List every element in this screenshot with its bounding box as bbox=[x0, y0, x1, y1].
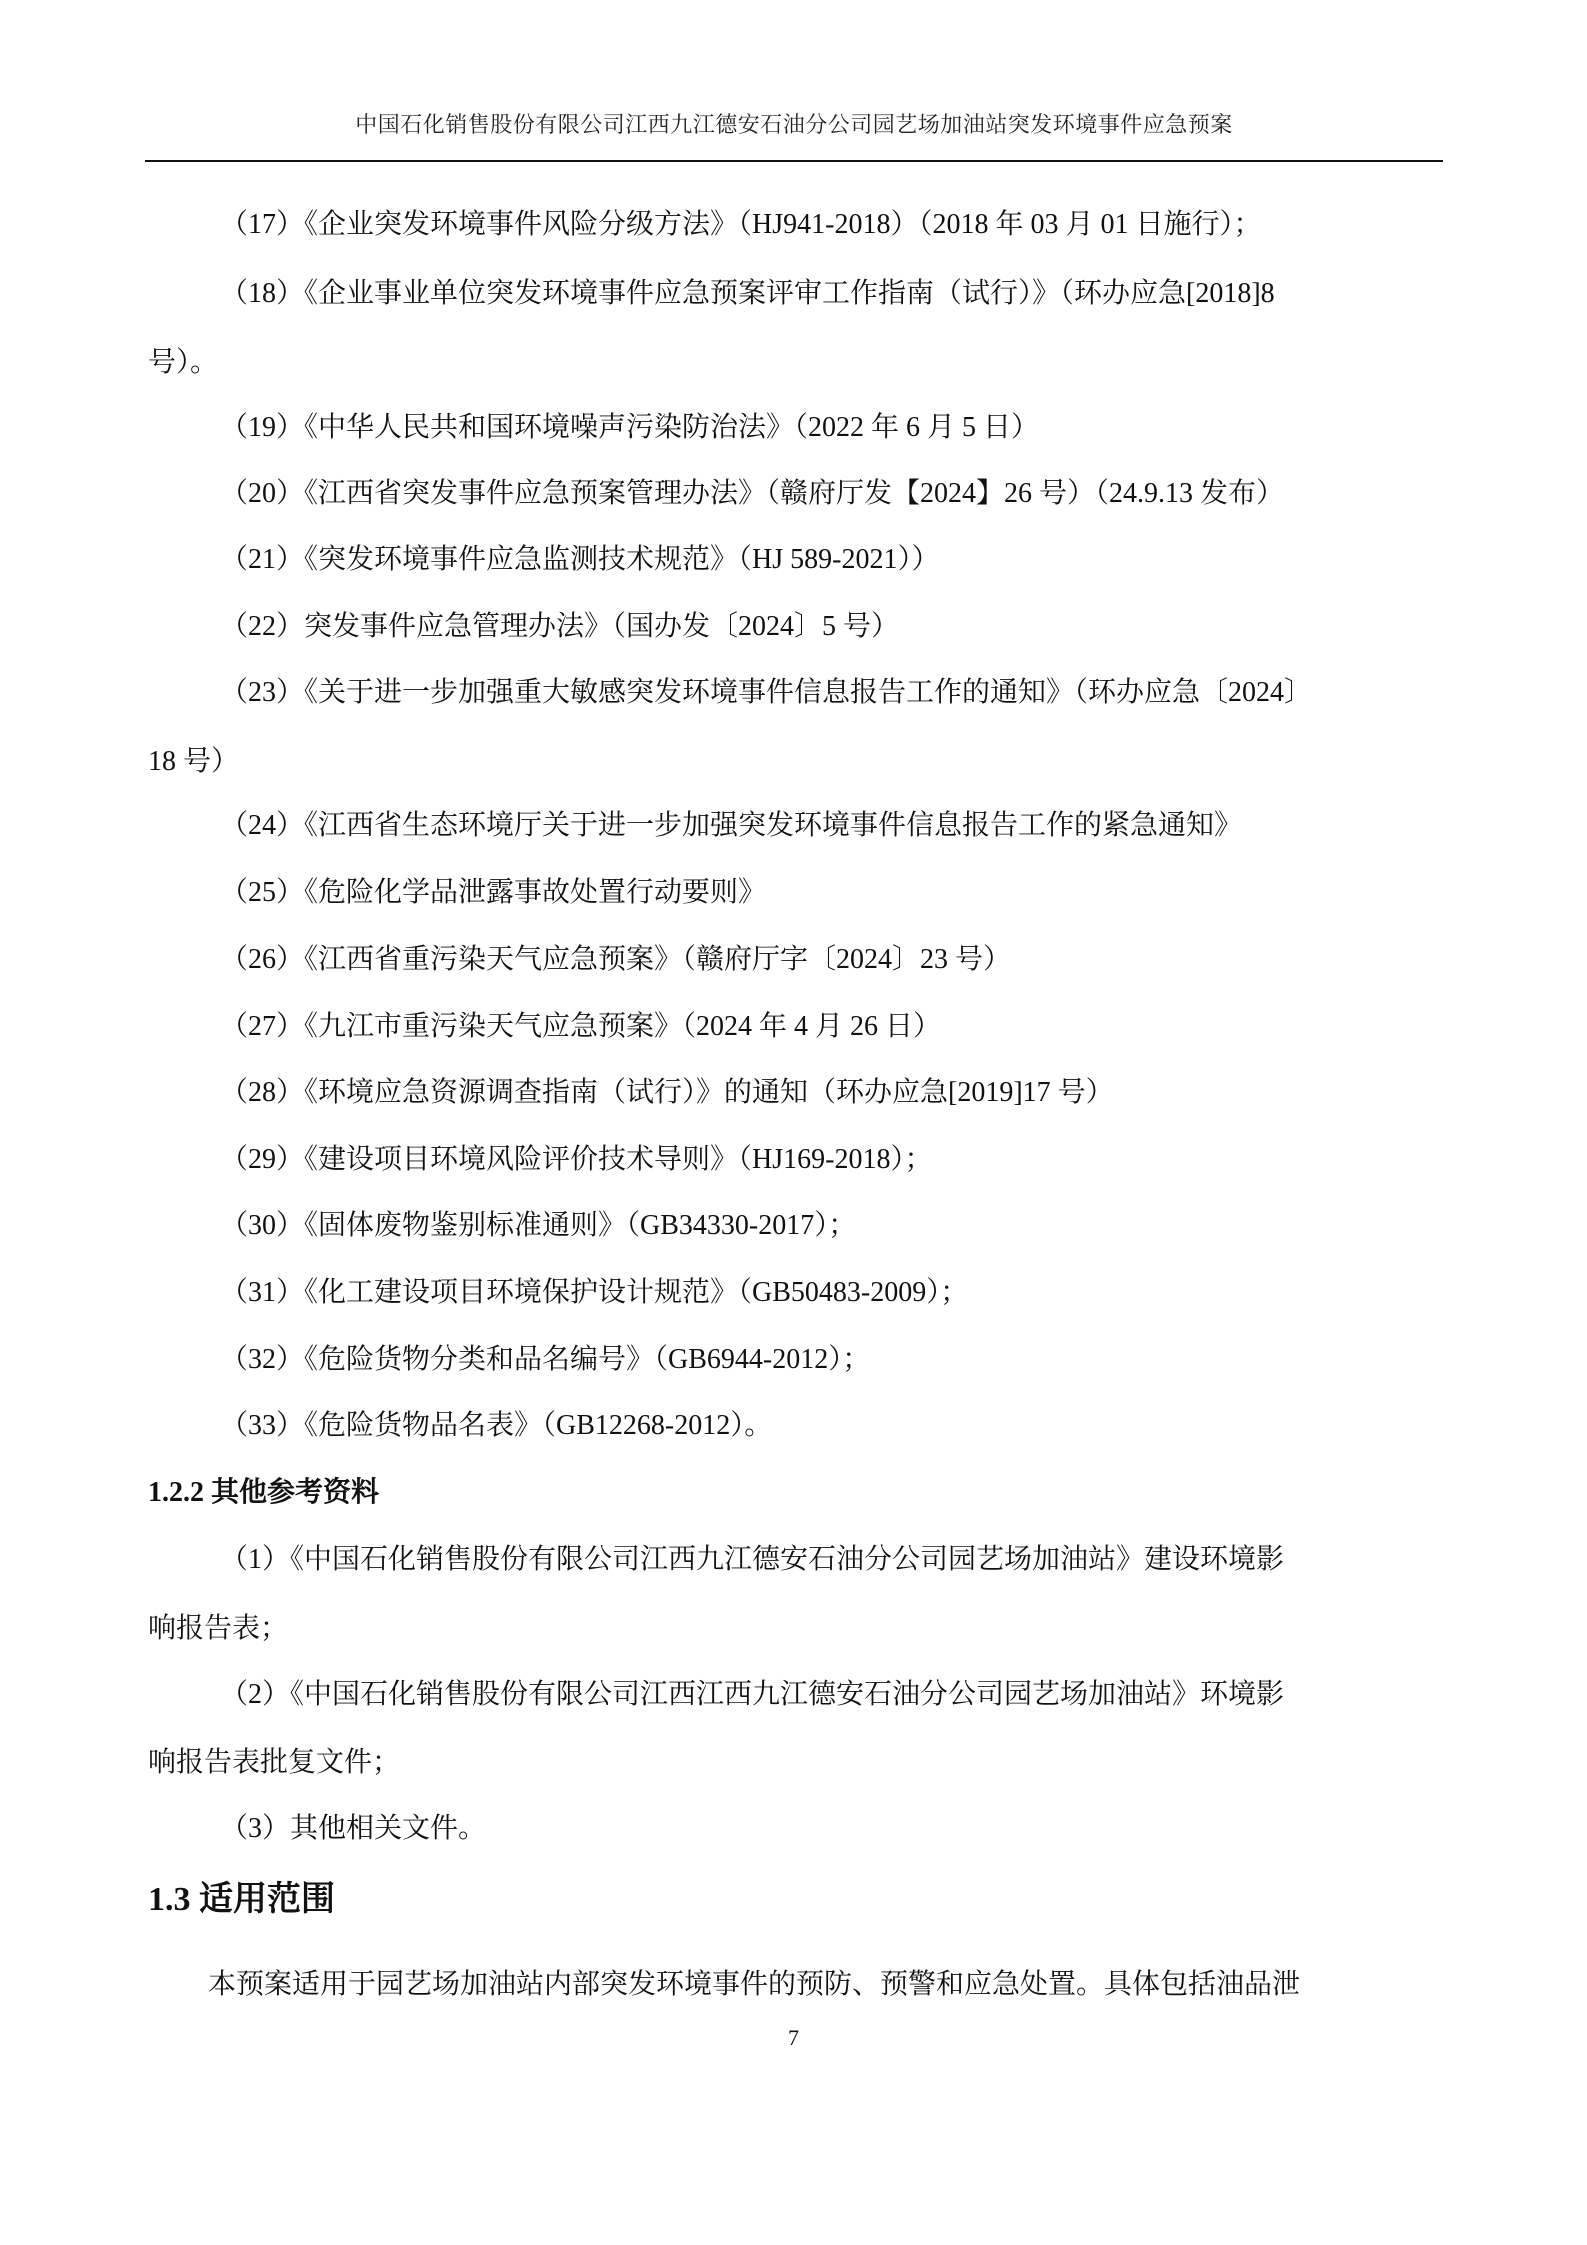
reference-item-19: （19）《中华人民共和国环境噪声污染防治法》（2022 年 6 月 5 日） bbox=[148, 408, 1442, 448]
other-reference-item-3: （3）其他相关文件。 bbox=[148, 1809, 1442, 1849]
reference-item-23: （23）《关于进一步加强重大敏感突发环境事件信息报告工作的通知》（环办应急〔20… bbox=[148, 673, 1442, 713]
reference-item-27: （27）《九江市重污染天气应急预案》（2024 年 4 月 26 日） bbox=[148, 1007, 1442, 1047]
reference-item-33: （33）《危险货物品名表》（GB12268-2012）。 bbox=[148, 1406, 1442, 1446]
reference-item-20: （20）《江西省突发事件应急预案管理办法》（赣府厅发【2024】26 号）（24… bbox=[148, 474, 1442, 514]
reference-item-26: （26）《江西省重污染天气应急预案》（赣府厅字〔2024〕23 号） bbox=[148, 940, 1442, 980]
reference-item-17: （17）《企业突发环境事件风险分级方法》（HJ941-2018）（2018 年 … bbox=[148, 205, 1442, 245]
other-reference-item-2: （2）《中国石化销售股份有限公司江西江西九江德安石油分公司园艺场加油站》环境影 bbox=[148, 1675, 1442, 1715]
section-heading-1-2-2: 1.2.2 其他参考资料 bbox=[148, 1473, 1442, 1513]
reference-item-21: （21）《突发环境事件应急监测技术规范》（HJ 589-2021）） bbox=[148, 540, 1442, 580]
reference-item-25: （25）《危险化学品泄露事故处置行动要则》 bbox=[148, 873, 1442, 913]
other-reference-item-2-continuation: 响报告表批复文件； bbox=[148, 1743, 1442, 1783]
page-header-title: 中国石化销售股份有限公司江西九江德安石油分公司园艺场加油站突发环境事件应急预案 bbox=[145, 108, 1443, 139]
reference-item-29: （29）《建设项目环境风险评价技术导则》（HJ169-2018）； bbox=[148, 1140, 1442, 1180]
other-reference-item-1-continuation: 响报告表； bbox=[148, 1609, 1442, 1649]
reference-item-18-continuation: 号）。 bbox=[148, 343, 1442, 383]
scope-paragraph: 本预案适用于园艺场加油站内部突发环境事件的预防、预警和应急处置。具体包括油品泄 bbox=[148, 1965, 1442, 2005]
reference-item-32: （32）《危险货物分类和品名编号》（GB6944-2012）； bbox=[148, 1340, 1442, 1380]
section-heading-1-3: 1.3 适用范围 bbox=[148, 1880, 1442, 1920]
reference-item-24: （24）《江西省生态环境厅关于进一步加强突发环境事件信息报告工作的紧急通知》 bbox=[148, 806, 1442, 846]
reference-item-30: （30）《固体废物鉴别标准通则》（GB34330-2017）； bbox=[148, 1206, 1442, 1246]
reference-item-22: （22）突发事件应急管理办法》（国办发〔2024〕5 号） bbox=[148, 607, 1442, 647]
reference-item-28: （28）《环境应急资源调查指南（试行）》的通知（环办应急[2019]17 号） bbox=[148, 1073, 1442, 1113]
header-rule bbox=[145, 160, 1443, 162]
reference-item-18: （18）《企业事业单位突发环境事件应急预案评审工作指南（试行）》（环办应急[20… bbox=[148, 274, 1442, 314]
reference-item-23-continuation: 18 号） bbox=[148, 742, 1442, 782]
reference-item-31: （31）《化工建设项目环境保护设计规范》（GB50483-2009）； bbox=[148, 1273, 1442, 1313]
other-reference-item-1: （1）《中国石化销售股份有限公司江西九江德安石油分公司园艺场加油站》建设环境影 bbox=[148, 1540, 1442, 1580]
page-number: 7 bbox=[0, 2025, 1587, 2051]
